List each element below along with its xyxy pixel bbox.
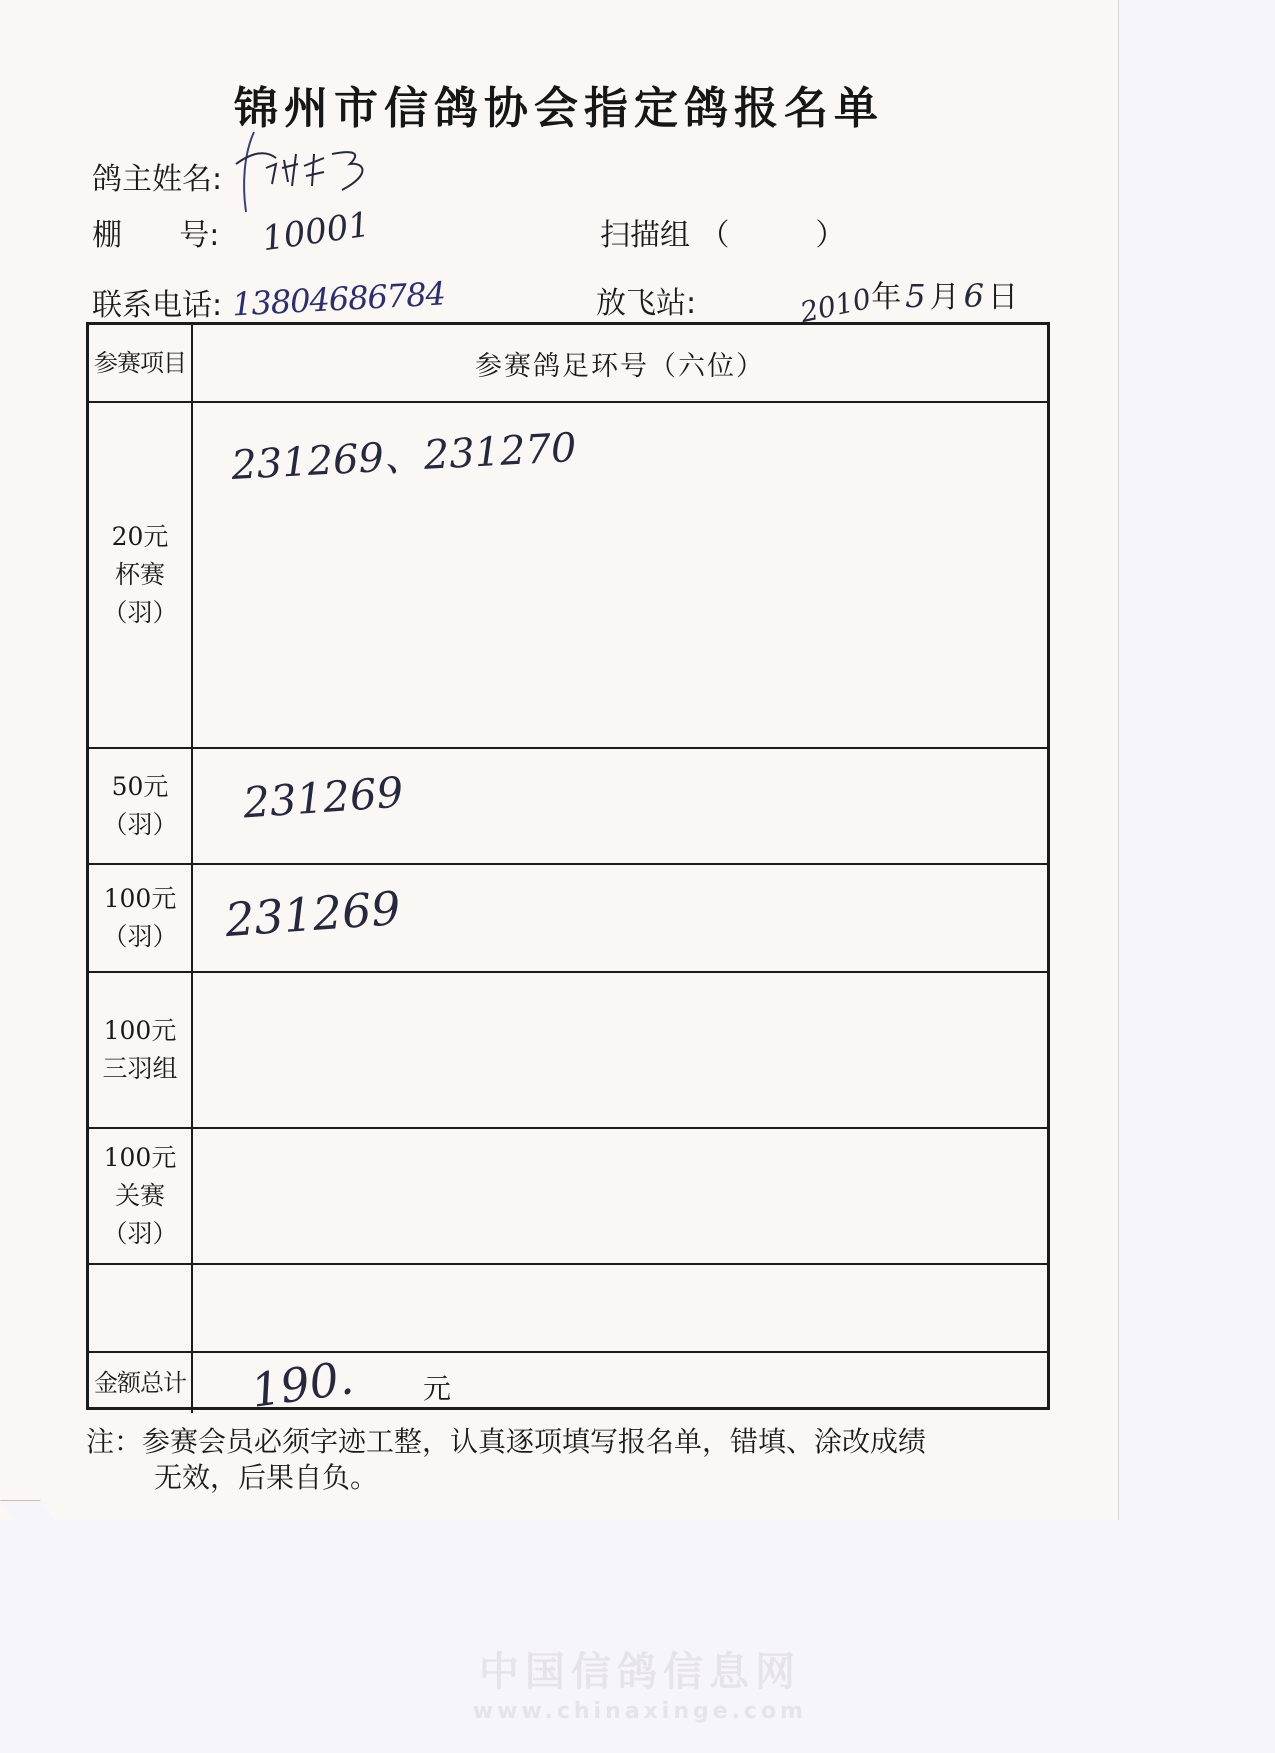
note-line-1: 注：参赛会员必须字迹工整，认真逐项填写报名单，错填、涂改成绩 — [86, 1425, 926, 1458]
ring-number-value: 231269 — [223, 881, 402, 947]
column-header-ring-cell: 参赛鸽足环号（六位） — [193, 325, 1047, 401]
column-header-event: 参赛项目 — [89, 325, 193, 401]
table-row: 20元 杯赛 （羽） 231269、231270 — [89, 401, 1047, 747]
event-label — [89, 1265, 193, 1351]
loft-number-label: 棚 号: — [92, 210, 219, 254]
form-title: 锦州市信鸽协会指定鸽报名单 — [0, 72, 1118, 136]
phone-value: 13804686784 — [231, 274, 446, 323]
ring-number-value: 231269、231270 — [230, 416, 578, 491]
phone-label: 联系电话: — [92, 280, 222, 324]
date-day: 6 — [964, 277, 984, 315]
ring-number-cell — [193, 1129, 1047, 1263]
event-label: 20元 杯赛 （羽） — [89, 403, 193, 747]
total-amount: 190. — [248, 1350, 357, 1418]
owner-signature — [232, 124, 382, 214]
event-label: 100元 关赛 （羽） — [89, 1129, 193, 1263]
date-day-unit: 日 — [988, 280, 1018, 315]
table-row: 100元 关赛 （羽） — [89, 1127, 1047, 1263]
ring-number-cell — [193, 1265, 1047, 1351]
registration-form-paper: 锦州市信鸽协会指定鸽报名单 鸽主姓名: 棚 号: 10001 扫描组 （ ） 联… — [0, 0, 1119, 1520]
table-row: 50元 （羽） 231269 — [89, 747, 1047, 863]
event-label: 100元 （羽） — [89, 865, 193, 971]
release-station-label: 放飞站: — [596, 278, 696, 322]
paper-fold-corner — [0, 1500, 62, 1531]
total-cell: 190. 元 — [193, 1353, 1047, 1413]
table-row: 100元 三羽组 — [89, 971, 1047, 1127]
total-unit: 元 — [423, 1367, 451, 1407]
ring-number-cell: 231269、231270 — [193, 403, 1047, 747]
ring-number-cell: 231269 — [193, 865, 1047, 971]
table-row: 100元 （羽） 231269 — [89, 863, 1047, 971]
date-month: 5 — [905, 277, 925, 315]
date-year-unit: 年 — [871, 280, 901, 315]
table-header-row: 参赛项目 参赛鸽足环号（六位） — [89, 325, 1047, 401]
table-row — [89, 1263, 1047, 1351]
ring-number-value: 231269 — [241, 767, 404, 827]
date-field: 2010年5月6日 — [800, 272, 1018, 316]
column-header-ring-number: 参赛鸽足环号（六位） — [193, 325, 1047, 401]
watermark-url: www.chinaxinge.com — [440, 1699, 840, 1724]
watermark-cn: 中国信鸽信息网 — [440, 1640, 840, 1697]
owner-name-label: 鸽主姓名: — [92, 154, 222, 198]
date-month-unit: 月 — [930, 280, 960, 315]
site-watermark: 中国信鸽信息网 www.chinaxinge.com — [440, 1640, 840, 1724]
event-label: 50元 （羽） — [89, 749, 193, 863]
scan-group-label: 扫描组 （ ） — [600, 210, 845, 254]
total-row: 金额总计 190. 元 — [89, 1351, 1047, 1413]
form-note: 注：参赛会员必须字迹工整，认真逐项填写报名单，错填、涂改成绩 无效，后果自负。 — [86, 1424, 1066, 1496]
ring-number-cell: 231269 — [193, 749, 1047, 863]
ring-number-cell — [193, 973, 1047, 1127]
note-line-2: 无效，后果自负。 — [86, 1460, 1066, 1496]
entry-table: 参赛项目 参赛鸽足环号（六位） 20元 杯赛 （羽） 231269、231270… — [86, 322, 1050, 1410]
total-label: 金额总计 — [89, 1353, 193, 1413]
event-label: 100元 三羽组 — [89, 973, 193, 1127]
